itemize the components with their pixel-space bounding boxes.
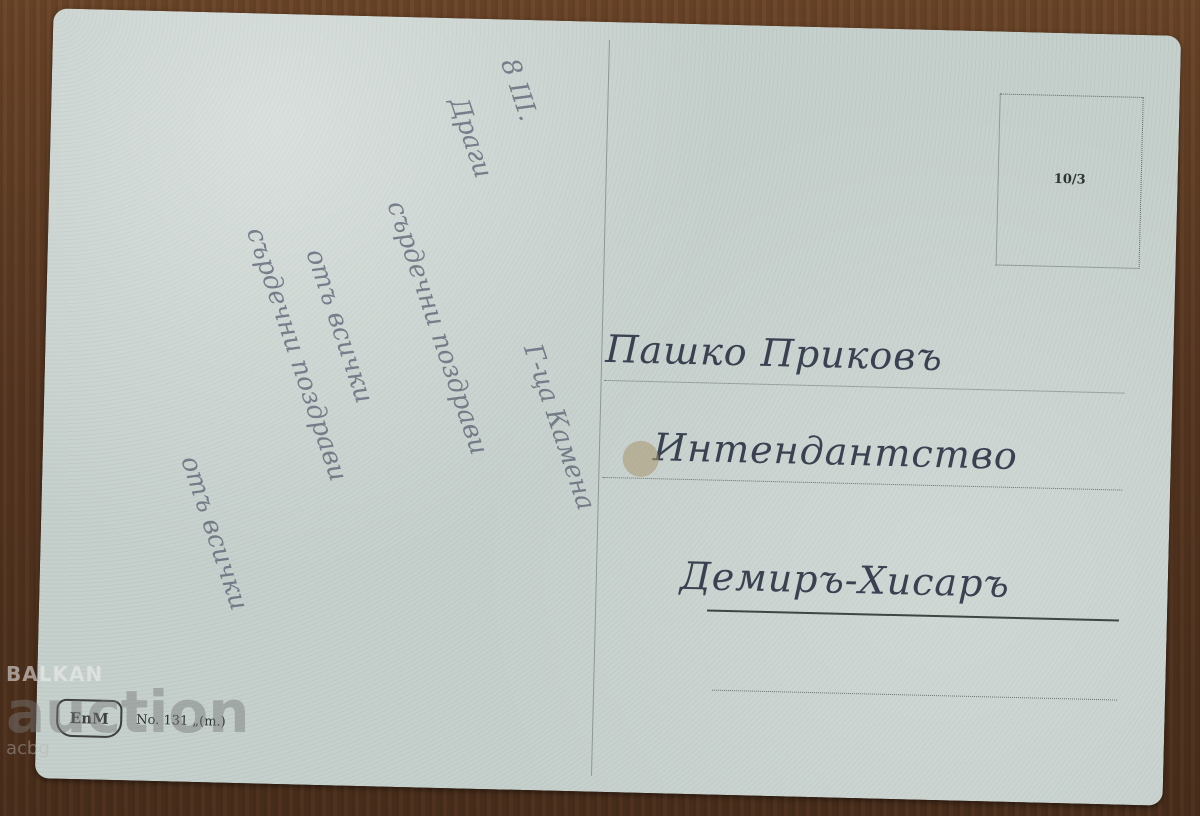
postcard: 10/3 Пашко Приковъ Интендантство Демиръ-…: [35, 8, 1181, 805]
message-line: Драги: [443, 94, 498, 182]
center-divider: [591, 40, 610, 776]
message-line: отъ всички: [174, 452, 254, 614]
publisher-logo: EnM: [56, 699, 123, 739]
message-line: Г-ца Камена: [517, 340, 601, 514]
stamp-label: 10/3: [999, 170, 1141, 188]
message-date: 8 III.: [494, 55, 543, 125]
stain: [622, 440, 659, 477]
address-line-3: [707, 609, 1119, 621]
stamp-box: 10/3: [996, 93, 1144, 268]
address-recipient: Пашко Приковъ: [605, 327, 943, 379]
address-line-1: [605, 380, 1125, 394]
publisher-mark: EnM No. 131 „(m.): [56, 699, 226, 741]
address-line-2: [602, 477, 1122, 491]
message-line: сърдечни поздрави: [381, 197, 494, 458]
publisher-number: No. 131 „(m.): [136, 712, 226, 729]
address-city: Демиръ-Хисаръ: [679, 554, 1010, 606]
address-line-4: [712, 690, 1117, 701]
address-department: Интендантство: [652, 425, 1018, 478]
